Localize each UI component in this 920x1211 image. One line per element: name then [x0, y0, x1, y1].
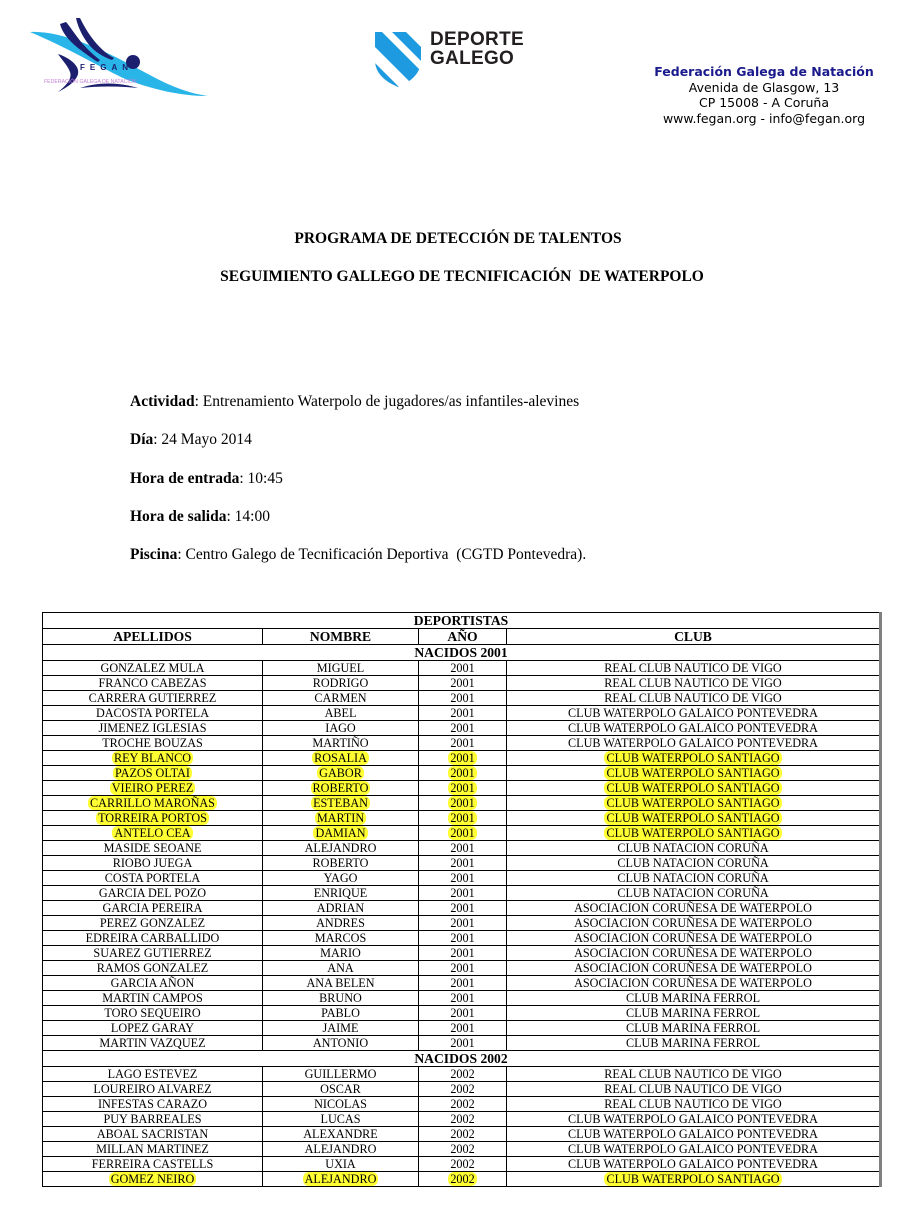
- info-label: Actividad: [130, 393, 195, 410]
- cell-nombre: NICOLAS: [263, 1097, 419, 1112]
- info-label: Día: [130, 431, 153, 448]
- table-row: INFESTAS CARAZONICOLAS2002REAL CLUB NAUT…: [43, 1097, 881, 1112]
- swimmer-icon: [28, 18, 210, 102]
- table-row: GARCIA AÑONANA BELEN2001ASOCIACION CORUÑ…: [43, 976, 881, 991]
- cell-ano: 2001: [419, 856, 507, 871]
- table-row: LOUREIRO ALVAREZOSCAR2002REAL CLUB NAUTI…: [43, 1082, 881, 1097]
- apellidos-text: PAZOS OLTAI: [113, 766, 192, 780]
- club-text: REAL CLUB NAUTICO DE VIGO: [604, 661, 781, 675]
- cell-nombre: ALEJANDRO: [263, 841, 419, 856]
- apellidos-text: LOPEZ GARAY: [111, 1021, 194, 1035]
- club-text: REAL CLUB NAUTICO DE VIGO: [604, 1067, 781, 1081]
- cell-apellidos: FERREIRA CASTELLS: [43, 1157, 263, 1172]
- table-row: RAMOS GONZALEZANA2001ASOCIACION CORUÑESA…: [43, 961, 881, 976]
- apellidos-text: TORO SEQUEIRO: [104, 1006, 200, 1020]
- ano-text: 2002: [450, 1082, 474, 1096]
- ano-text: 2001: [450, 1021, 474, 1035]
- table-row: FERREIRA CASTELLSUXIA2002CLUB WATERPOLO …: [43, 1157, 881, 1172]
- info-value: : Entrenamiento Waterpolo de jugadores/a…: [195, 393, 580, 410]
- club-text: CLUB NATACION CORUÑA: [617, 871, 768, 885]
- nombre-text: GABOR: [317, 766, 364, 780]
- cell-apellidos: DACOSTA PORTELA: [43, 706, 263, 721]
- table-row: TORO SEQUEIROPABLO2001CLUB MARINA FERROL: [43, 1006, 881, 1021]
- club-text: REAL CLUB NAUTICO DE VIGO: [604, 1097, 781, 1111]
- cell-club: ASOCIACION CORUÑESA DE WATERPOLO: [507, 901, 881, 916]
- cell-ano: 2001: [419, 961, 507, 976]
- cell-ano: 2001: [419, 691, 507, 706]
- column-header-ano: AÑO: [419, 629, 507, 645]
- club-text: CLUB NATACION CORUÑA: [617, 841, 768, 855]
- cell-apellidos: TROCHE BOUZAS: [43, 736, 263, 751]
- cell-ano: 2001: [419, 991, 507, 1006]
- cell-apellidos: GONZALEZ MULA: [43, 661, 263, 676]
- nombre-text: ROSALIA: [312, 751, 369, 765]
- club-text: ASOCIACION CORUÑESA DE WATERPOLO: [574, 931, 812, 945]
- document-subtitle: SEGUIMIENTO GALLEGO DE TECNIFICACIÓN DE …: [2, 268, 920, 286]
- cell-nombre: ANA: [263, 961, 419, 976]
- apellidos-text: CARRERA GUTIERREZ: [89, 691, 217, 705]
- club-text: REAL CLUB NAUTICO DE VIGO: [604, 691, 781, 705]
- ano-text: 2001: [450, 841, 474, 855]
- apellidos-text: TORREIRA PORTOS: [96, 811, 209, 825]
- cell-club: CLUB NATACION CORUÑA: [507, 871, 881, 886]
- apellidos-text: MARTIN VAZQUEZ: [99, 1036, 205, 1050]
- cell-apellidos: CARRILLO MAROÑAS: [43, 796, 263, 811]
- cell-nombre: ROSALIA: [263, 751, 419, 766]
- column-header-club: CLUB: [507, 629, 881, 645]
- ano-text: 2001: [450, 961, 474, 975]
- cell-club: CLUB NATACION CORUÑA: [507, 841, 881, 856]
- cell-club: CLUB WATERPOLO SANTIAGO: [507, 796, 881, 811]
- section-header: NACIDOS 2002: [43, 1051, 881, 1067]
- cell-club: CLUB WATERPOLO GALAICO PONTEVEDRA: [507, 1112, 881, 1127]
- table-row: ABOAL SACRISTANALEXANDRE2002CLUB WATERPO…: [43, 1127, 881, 1142]
- cell-club: CLUB WATERPOLO SANTIAGO: [507, 766, 881, 781]
- cell-club: CLUB WATERPOLO SANTIAGO: [507, 781, 881, 796]
- cell-club: CLUB NATACION CORUÑA: [507, 856, 881, 871]
- cell-apellidos: COSTA PORTELA: [43, 871, 263, 886]
- apellidos-text: INFESTAS CARAZO: [98, 1097, 207, 1111]
- apellidos-text: LOUREIRO ALVAREZ: [93, 1082, 211, 1096]
- cell-club: CLUB WATERPOLO SANTIAGO: [507, 1172, 881, 1187]
- cell-apellidos: PAZOS OLTAI: [43, 766, 263, 781]
- nombre-text: UXIA: [325, 1157, 355, 1171]
- organization-name: Federación Galega de Natación: [634, 64, 894, 80]
- nombre-text: ANA BELEN: [306, 976, 374, 990]
- apellidos-text: VIEIRO PEREZ: [110, 781, 196, 795]
- club-text: ASOCIACION CORUÑESA DE WATERPOLO: [574, 901, 812, 915]
- cell-club: REAL CLUB NAUTICO DE VIGO: [507, 691, 881, 706]
- ano-text: 2002: [450, 1067, 474, 1081]
- cell-nombre: ESTEBAN: [263, 796, 419, 811]
- club-text: CLUB WATERPOLO SANTIAGO: [604, 1172, 781, 1186]
- ano-text: 2001: [450, 991, 474, 1005]
- club-text: CLUB WATERPOLO GALAICO PONTEVEDRA: [568, 706, 818, 720]
- cell-ano: 2002: [419, 1082, 507, 1097]
- cell-apellidos: INFESTAS CARAZO: [43, 1097, 263, 1112]
- cell-nombre: ADRIAN: [263, 901, 419, 916]
- table-row: LOPEZ GARAYJAIME2001CLUB MARINA FERROL: [43, 1021, 881, 1036]
- cell-apellidos: REY BLANCO: [43, 751, 263, 766]
- cell-ano: 2001: [419, 781, 507, 796]
- cell-nombre: ENRIQUE: [263, 886, 419, 901]
- info-value: : Centro Galego de Tecnificación Deporti…: [177, 546, 586, 563]
- info-label: Hora de salida: [130, 508, 226, 525]
- apellidos-text: RAMOS GONZALEZ: [97, 961, 208, 975]
- nombre-text: ALEJANDRO: [303, 1172, 379, 1186]
- cell-nombre: GABOR: [263, 766, 419, 781]
- club-text: CLUB NATACION CORUÑA: [617, 886, 768, 900]
- cell-ano: 2002: [419, 1067, 507, 1082]
- cell-club: CLUB WATERPOLO SANTIAGO: [507, 811, 881, 826]
- ano-text: 2001: [448, 811, 476, 825]
- nombre-text: ENRIQUE: [314, 886, 367, 900]
- club-text: REAL CLUB NAUTICO DE VIGO: [604, 1082, 781, 1096]
- info-label: Piscina: [130, 546, 177, 563]
- cell-ano: 2001: [419, 1036, 507, 1051]
- ano-text: 2001: [450, 916, 474, 930]
- apellidos-text: SUAREZ GUTIERREZ: [93, 946, 211, 960]
- wordmark-line2: GALEGO: [430, 49, 524, 68]
- nombre-text: GUILLERMO: [305, 1067, 377, 1081]
- club-text: ASOCIACION CORUÑESA DE WATERPOLO: [574, 976, 812, 990]
- address: Avenida de Glasgow, 13: [634, 80, 894, 96]
- cell-club: CLUB WATERPOLO GALAICO PONTEVEDRA: [507, 721, 881, 736]
- ano-text: 2001: [450, 901, 474, 915]
- cell-ano: 2002: [419, 1112, 507, 1127]
- ano-text: 2001: [450, 691, 474, 705]
- nombre-text: ALEXANDRE: [303, 1127, 377, 1141]
- table-row: ANTELO CEADAMIAN2001CLUB WATERPOLO SANTI…: [43, 826, 881, 841]
- cell-club: CLUB MARINA FERROL: [507, 991, 881, 1006]
- athletes-table: DEPORTISTAS APELLIDOS NOMBRE AÑO CLUB NA…: [42, 612, 882, 1187]
- cell-club: CLUB NATACION CORUÑA: [507, 886, 881, 901]
- cell-nombre: JAIME: [263, 1021, 419, 1036]
- apellidos-text: COSTA PORTELA: [105, 871, 200, 885]
- nombre-text: IAGO: [325, 721, 355, 735]
- cell-nombre: ALEXANDRE: [263, 1127, 419, 1142]
- cell-nombre: ALEJANDRO: [263, 1142, 419, 1157]
- info-dia: Día: 24 Mayo 2014: [130, 431, 252, 449]
- apellidos-text: ABOAL SACRISTAN: [97, 1127, 208, 1141]
- cell-club: CLUB WATERPOLO GALAICO PONTEVEDRA: [507, 1157, 881, 1172]
- cell-ano: 2001: [419, 706, 507, 721]
- apellidos-text: LAGO ESTEVEZ: [108, 1067, 198, 1081]
- table-row: JIMENEZ IGLESIASIAGO2001CLUB WATERPOLO G…: [43, 721, 881, 736]
- cell-ano: 2001: [419, 946, 507, 961]
- section-label: NACIDOS 2001: [43, 645, 881, 661]
- cell-nombre: RODRIGO: [263, 676, 419, 691]
- cell-nombre: IAGO: [263, 721, 419, 736]
- cell-apellidos: GARCIA DEL POZO: [43, 886, 263, 901]
- cell-ano: 2001: [419, 676, 507, 691]
- nombre-text: ROBERTO: [313, 856, 369, 870]
- nombre-text: JAIME: [323, 1021, 359, 1035]
- table-title: DEPORTISTAS: [43, 613, 881, 629]
- cell-nombre: GUILLERMO: [263, 1067, 419, 1082]
- cell-nombre: BRUNO: [263, 991, 419, 1006]
- apellidos-text: MILLAN MARTINEZ: [96, 1142, 209, 1156]
- ano-text: 2001: [450, 886, 474, 900]
- ano-text: 2001: [450, 736, 474, 750]
- nombre-text: RODRIGO: [313, 676, 369, 690]
- nombre-text: CARMEN: [314, 691, 366, 705]
- table-row: DACOSTA PORTELAABEL2001CLUB WATERPOLO GA…: [43, 706, 881, 721]
- club-text: CLUB MARINA FERROL: [626, 1021, 760, 1035]
- cell-nombre: MARTIN: [263, 811, 419, 826]
- cell-ano: 2001: [419, 886, 507, 901]
- ano-text: 2001: [450, 706, 474, 720]
- cell-ano: 2001: [419, 1006, 507, 1021]
- cell-ano: 2001: [419, 661, 507, 676]
- cell-nombre: ANA BELEN: [263, 976, 419, 991]
- ano-text: 2001: [448, 766, 476, 780]
- info-label: Hora de entrada: [130, 470, 239, 487]
- cell-club: ASOCIACION CORUÑESA DE WATERPOLO: [507, 946, 881, 961]
- cell-ano: 2001: [419, 976, 507, 991]
- nombre-text: MARTIN: [315, 811, 366, 825]
- cell-nombre: ROBERTO: [263, 856, 419, 871]
- cell-ano: 2001: [419, 826, 507, 841]
- ano-text: 2001: [448, 781, 476, 795]
- ano-text: 2002: [450, 1127, 474, 1141]
- cell-ano: 2001: [419, 811, 507, 826]
- nombre-text: OSCAR: [320, 1082, 361, 1096]
- club-text: CLUB WATERPOLO SANTIAGO: [604, 751, 781, 765]
- club-text: ASOCIACION CORUÑESA DE WATERPOLO: [574, 916, 812, 930]
- cell-club: CLUB WATERPOLO SANTIAGO: [507, 751, 881, 766]
- cell-club: CLUB MARINA FERROL: [507, 1036, 881, 1051]
- cell-ano: 2001: [419, 751, 507, 766]
- club-text: ASOCIACION CORUÑESA DE WATERPOLO: [574, 961, 812, 975]
- cell-nombre: MARIO: [263, 946, 419, 961]
- table-row: MARTIN VAZQUEZANTONIO2001CLUB MARINA FER…: [43, 1036, 881, 1051]
- ano-text: 2001: [450, 1006, 474, 1020]
- apellidos-text: DACOSTA PORTELA: [96, 706, 209, 720]
- cell-club: REAL CLUB NAUTICO DE VIGO: [507, 661, 881, 676]
- cell-apellidos: SUAREZ GUTIERREZ: [43, 946, 263, 961]
- ano-text: 2001: [450, 676, 474, 690]
- column-header-nombre: NOMBRE: [263, 629, 419, 645]
- nombre-text: LUCAS: [321, 1112, 361, 1126]
- club-text: CLUB WATERPOLO GALAICO PONTEVEDRA: [568, 1142, 818, 1156]
- web-email: www.fegan.org - info@fegan.org: [634, 111, 894, 127]
- cell-apellidos: LOUREIRO ALVAREZ: [43, 1082, 263, 1097]
- nombre-text: ALEJANDRO: [305, 841, 377, 855]
- apellidos-text: RIOBO JUEGA: [113, 856, 193, 870]
- cell-club: CLUB WATERPOLO GALAICO PONTEVEDRA: [507, 1127, 881, 1142]
- nombre-text: MARIO: [320, 946, 361, 960]
- nombre-text: NICOLAS: [314, 1097, 367, 1111]
- club-text: CLUB WATERPOLO SANTIAGO: [604, 811, 781, 825]
- cell-club: CLUB WATERPOLO GALAICO PONTEVEDRA: [507, 706, 881, 721]
- cell-nombre: ALEJANDRO: [263, 1172, 419, 1187]
- info-hora-salida: Hora de salida: 14:00: [130, 508, 270, 526]
- table-row: CARRILLO MAROÑASESTEBAN2001CLUB WATERPOL…: [43, 796, 881, 811]
- club-text: CLUB WATERPOLO GALAICO PONTEVEDRA: [568, 736, 818, 750]
- cell-club: ASOCIACION CORUÑESA DE WATERPOLO: [507, 961, 881, 976]
- cell-apellidos: LAGO ESTEVEZ: [43, 1067, 263, 1082]
- ano-text: 2002: [450, 1142, 474, 1156]
- table-row: MASIDE SEOANEALEJANDRO2001CLUB NATACION …: [43, 841, 881, 856]
- club-text: CLUB WATERPOLO SANTIAGO: [604, 826, 781, 840]
- table-row: LAGO ESTEVEZGUILLERMO2002REAL CLUB NAUTI…: [43, 1067, 881, 1082]
- cell-nombre: ANDRES: [263, 916, 419, 931]
- postal-code: CP 15008 - A Coruña: [634, 95, 894, 111]
- club-text: CLUB WATERPOLO GALAICO PONTEVEDRA: [568, 1157, 818, 1171]
- ano-text: 2001: [450, 931, 474, 945]
- cell-apellidos: JIMENEZ IGLESIAS: [43, 721, 263, 736]
- cell-nombre: MARTIÑO: [263, 736, 419, 751]
- cell-apellidos: LOPEZ GARAY: [43, 1021, 263, 1036]
- table-row: CARRERA GUTIERREZCARMEN2001REAL CLUB NAU…: [43, 691, 881, 706]
- shield-icon: [374, 30, 422, 88]
- apellidos-text: ANTELO CEA: [112, 826, 192, 840]
- table-row: TROCHE BOUZASMARTIÑO2001CLUB WATERPOLO G…: [43, 736, 881, 751]
- cell-nombre: UXIA: [263, 1157, 419, 1172]
- nombre-text: MIGUEL: [317, 661, 364, 675]
- cell-apellidos: VIEIRO PEREZ: [43, 781, 263, 796]
- apellidos-text: JIMENEZ IGLESIAS: [99, 721, 207, 735]
- club-text: CLUB WATERPOLO SANTIAGO: [604, 796, 781, 810]
- apellidos-text: GARCIA DEL POZO: [99, 886, 206, 900]
- ano-text: 2001: [448, 751, 476, 765]
- apellidos-text: GOMEZ NEIRO: [109, 1172, 197, 1186]
- apellidos-text: GARCIA PEREIRA: [103, 901, 203, 915]
- ano-text: 2002: [448, 1172, 476, 1186]
- table-row: RIOBO JUEGAROBERTO2001CLUB NATACION CORU…: [43, 856, 881, 871]
- club-text: CLUB WATERPOLO SANTIAGO: [604, 766, 781, 780]
- info-value: : 10:45: [239, 470, 283, 487]
- info-value: : 14:00: [226, 508, 270, 525]
- apellidos-text: REY BLANCO: [112, 751, 193, 765]
- nombre-text: MARTIÑO: [312, 736, 368, 750]
- cell-apellidos: FRANCO CABEZAS: [43, 676, 263, 691]
- section-label: NACIDOS 2002: [43, 1051, 881, 1067]
- club-text: CLUB MARINA FERROL: [626, 1036, 760, 1050]
- cell-nombre: CARMEN: [263, 691, 419, 706]
- cell-ano: 2002: [419, 1127, 507, 1142]
- cell-nombre: LUCAS: [263, 1112, 419, 1127]
- club-text: CLUB WATERPOLO GALAICO PONTEVEDRA: [568, 1112, 818, 1126]
- cell-nombre: PABLO: [263, 1006, 419, 1021]
- cell-ano: 2001: [419, 871, 507, 886]
- cell-apellidos: GARCIA PEREIRA: [43, 901, 263, 916]
- table-row: GARCIA PEREIRAADRIAN2001ASOCIACION CORUÑ…: [43, 901, 881, 916]
- cell-nombre: ABEL: [263, 706, 419, 721]
- cell-nombre: ANTONIO: [263, 1036, 419, 1051]
- nombre-text: ANTONIO: [313, 1036, 368, 1050]
- cell-club: CLUB WATERPOLO GALAICO PONTEVEDRA: [507, 736, 881, 751]
- apellidos-text: FERREIRA CASTELLS: [92, 1157, 214, 1171]
- cell-apellidos: ANTELO CEA: [43, 826, 263, 841]
- cell-nombre: ROBERTO: [263, 781, 419, 796]
- cell-apellidos: ABOAL SACRISTAN: [43, 1127, 263, 1142]
- table-row: MARTIN CAMPOSBRUNO2001CLUB MARINA FERROL: [43, 991, 881, 1006]
- ano-text: 2001: [448, 826, 476, 840]
- cell-ano: 2001: [419, 796, 507, 811]
- cell-apellidos: TORREIRA PORTOS: [43, 811, 263, 826]
- cell-club: REAL CLUB NAUTICO DE VIGO: [507, 1097, 881, 1112]
- table-body: NACIDOS 2001GONZALEZ MULAMIGUEL2001REAL …: [43, 645, 881, 1187]
- cell-apellidos: RAMOS GONZALEZ: [43, 961, 263, 976]
- fegan-subtitle: FEDERACIÓN GALEGA DE NATACIÓN: [44, 79, 137, 85]
- ano-text: 2001: [448, 796, 476, 810]
- table-row: COSTA PORTELAYAGO2001CLUB NATACION CORUÑ…: [43, 871, 881, 886]
- cell-apellidos: MILLAN MARTINEZ: [43, 1142, 263, 1157]
- nombre-text: ADRIAN: [317, 901, 364, 915]
- apellidos-text: TROCHE BOUZAS: [102, 736, 203, 750]
- apellidos-text: FRANCO CABEZAS: [98, 676, 206, 690]
- ano-text: 2001: [450, 871, 474, 885]
- cell-club: CLUB WATERPOLO SANTIAGO: [507, 826, 881, 841]
- cell-nombre: DAMIAN: [263, 826, 419, 841]
- cell-club: REAL CLUB NAUTICO DE VIGO: [507, 1067, 881, 1082]
- info-hora-entrada: Hora de entrada: 10:45: [130, 470, 283, 488]
- nombre-text: ALEJANDRO: [305, 1142, 377, 1156]
- club-text: CLUB MARINA FERROL: [626, 991, 760, 1005]
- cell-club: REAL CLUB NAUTICO DE VIGO: [507, 676, 881, 691]
- cell-ano: 2001: [419, 736, 507, 751]
- ano-text: 2002: [450, 1097, 474, 1111]
- cell-nombre: MARCOS: [263, 931, 419, 946]
- cell-ano: 2002: [419, 1172, 507, 1187]
- cell-nombre: OSCAR: [263, 1082, 419, 1097]
- ano-text: 2001: [450, 976, 474, 990]
- cell-apellidos: MARTIN VAZQUEZ: [43, 1036, 263, 1051]
- cell-club: ASOCIACION CORUÑESA DE WATERPOLO: [507, 916, 881, 931]
- apellidos-text: MARTIN CAMPOS: [102, 991, 203, 1005]
- apellidos-text: CARRILLO MAROÑAS: [88, 796, 217, 810]
- cell-apellidos: PEREZ GONZALEZ: [43, 916, 263, 931]
- club-text: ASOCIACION CORUÑESA DE WATERPOLO: [574, 946, 812, 960]
- nombre-text: ABEL: [325, 706, 357, 720]
- cell-club: ASOCIACION CORUÑESA DE WATERPOLO: [507, 976, 881, 991]
- apellidos-text: GARCIA AÑON: [111, 976, 195, 990]
- table-row: REY BLANCOROSALIA2001CLUB WATERPOLO SANT…: [43, 751, 881, 766]
- table-row: GOMEZ NEIROALEJANDRO2002CLUB WATERPOLO S…: [43, 1172, 881, 1187]
- nombre-text: PABLO: [321, 1006, 360, 1020]
- apellidos-text: EDREIRA CARBALLIDO: [86, 931, 220, 945]
- table-row: GONZALEZ MULAMIGUEL2001REAL CLUB NAUTICO…: [43, 661, 881, 676]
- cell-club: CLUB MARINA FERROL: [507, 1021, 881, 1036]
- deporte-galego-wordmark: DEPORTE GALEGO: [430, 30, 524, 68]
- cell-ano: 2002: [419, 1097, 507, 1112]
- nombre-text: ANDRES: [316, 916, 365, 930]
- cell-apellidos: GARCIA AÑON: [43, 976, 263, 991]
- table-row: VIEIRO PEREZROBERTO2001CLUB WATERPOLO SA…: [43, 781, 881, 796]
- cell-apellidos: CARRERA GUTIERREZ: [43, 691, 263, 706]
- ano-text: 2001: [450, 946, 474, 960]
- club-text: CLUB MARINA FERROL: [626, 1006, 760, 1020]
- nombre-text: ANA: [327, 961, 353, 975]
- club-text: CLUB NATACION CORUÑA: [617, 856, 768, 870]
- table-row: PUY BARREALESLUCAS2002CLUB WATERPOLO GAL…: [43, 1112, 881, 1127]
- club-text: CLUB WATERPOLO SANTIAGO: [604, 781, 781, 795]
- nombre-text: BRUNO: [319, 991, 362, 1005]
- info-actividad: Actividad: Entrenamiento Waterpolo de ju…: [130, 393, 579, 411]
- table-row: FRANCO CABEZASRODRIGO2001REAL CLUB NAUTI…: [43, 676, 881, 691]
- wordmark-line1: DEPORTE: [430, 30, 524, 49]
- nombre-text: DAMIAN: [313, 826, 367, 840]
- cell-nombre: MIGUEL: [263, 661, 419, 676]
- cell-club: CLUB WATERPOLO GALAICO PONTEVEDRA: [507, 1142, 881, 1157]
- cell-ano: 2001: [419, 931, 507, 946]
- ano-text: 2002: [450, 1157, 474, 1171]
- ano-text: 2001: [450, 721, 474, 735]
- club-text: REAL CLUB NAUTICO DE VIGO: [604, 676, 781, 690]
- cell-apellidos: MASIDE SEOANE: [43, 841, 263, 856]
